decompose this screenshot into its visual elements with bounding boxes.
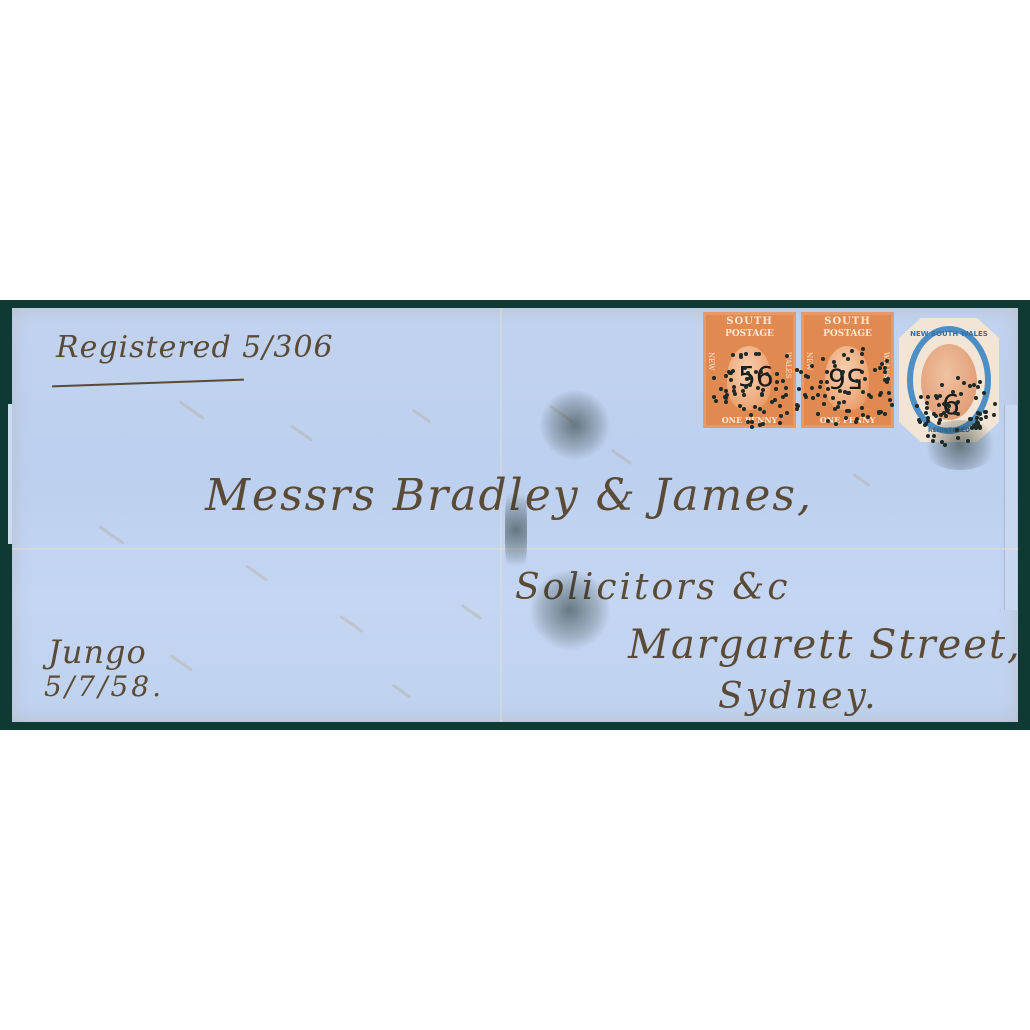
cancel-dot	[810, 386, 814, 390]
cancel-dot	[826, 419, 830, 423]
cancel-dot	[724, 400, 728, 404]
origin-note: Jungo	[48, 633, 147, 671]
postmark-smudge	[920, 420, 1000, 470]
cancel-dot	[962, 381, 966, 385]
cover-right-flap	[1004, 405, 1017, 610]
cancel-dot	[924, 411, 928, 415]
cancel-dot	[729, 378, 733, 382]
cancel-dot	[739, 353, 743, 357]
cancel-dot	[748, 383, 752, 387]
cancel-dot	[753, 405, 757, 409]
cancel-dot	[778, 404, 782, 408]
cancel-dot	[781, 379, 785, 383]
cancel-dot	[799, 370, 803, 374]
cancel-dot	[956, 412, 960, 416]
cancel-dot	[972, 383, 976, 387]
cancel-dot	[866, 415, 870, 419]
stamp-top-label: SOUTH	[801, 316, 894, 327]
cancel-dot	[816, 393, 820, 397]
cancel-dot	[978, 425, 982, 429]
cancel-dot	[822, 402, 826, 406]
cancel-dot	[750, 425, 754, 429]
cancel-dot	[731, 353, 735, 357]
cancel-dot	[938, 394, 942, 398]
cancel-dot	[926, 434, 930, 438]
cancel-dot	[946, 408, 950, 412]
cancel-dot	[742, 393, 746, 397]
cancel-dot	[781, 395, 785, 399]
cancel-dot	[855, 417, 859, 421]
cancel-dot	[785, 411, 789, 415]
cancel-dot	[725, 393, 729, 397]
cancel-dot	[970, 426, 974, 430]
cancel-dot	[760, 392, 764, 396]
cancel-dot	[861, 347, 865, 351]
cancel-dot	[926, 395, 930, 399]
cancel-dot	[942, 411, 946, 415]
cancel-dot	[775, 372, 779, 376]
cancel-dot	[804, 374, 808, 378]
cancel-dot	[984, 415, 988, 419]
cancel-dot	[826, 387, 830, 391]
cancel-dot	[823, 394, 827, 398]
cancel-dot	[846, 357, 850, 361]
cancel-dot	[785, 354, 789, 358]
address-line-3: Margarett Street,	[628, 622, 1022, 668]
postmark-smudge	[530, 570, 610, 650]
cancel-dot	[810, 364, 814, 368]
cancel-dot	[770, 400, 774, 404]
cancel-dot	[979, 417, 983, 421]
cancel-dot	[880, 362, 884, 366]
cancel-dot	[756, 386, 760, 390]
cancel-dot	[890, 403, 894, 407]
cancel-dot	[993, 402, 997, 406]
cancel-dot	[838, 389, 842, 393]
date-note: 5/7/58.	[44, 670, 164, 703]
stamp-sub-label: POSTAGE	[801, 329, 894, 339]
cancel-dot	[943, 443, 947, 447]
postmark-smudge	[505, 480, 527, 580]
cancel-dot	[818, 385, 822, 389]
cancel-dot	[797, 387, 801, 391]
cancel-dot	[915, 404, 919, 408]
cancel-dot	[940, 383, 944, 387]
cancel-dot	[762, 410, 766, 414]
stamp-side-left: NEW	[707, 352, 715, 370]
postmark-smudge	[540, 390, 610, 460]
cancel-dot	[869, 395, 873, 399]
cancel-dot	[811, 396, 815, 400]
cancel-dot	[761, 422, 765, 426]
cancel-dot	[966, 439, 970, 443]
cancel-dot	[860, 370, 864, 374]
stamp-top-label: SOUTH	[703, 316, 796, 327]
cancel-dot	[883, 412, 887, 416]
cancel-dot	[955, 428, 959, 432]
cancel-dot	[887, 391, 891, 395]
cancel-dot	[860, 352, 864, 356]
cancel-dot	[842, 400, 846, 404]
cancel-dot	[844, 416, 848, 420]
cancel-dot	[745, 377, 749, 381]
cancel-dot	[976, 385, 980, 389]
cancel-dot	[742, 407, 746, 411]
cancel-dot	[778, 421, 782, 425]
cancel-dot	[879, 391, 883, 395]
cancel-dot	[743, 366, 747, 370]
cancel-dot	[956, 400, 960, 404]
embossed-top-label: NEW SOUTH WALES	[899, 330, 999, 338]
cancel-dot	[816, 412, 820, 416]
stamp-sub-label: POSTAGE	[703, 329, 796, 339]
cancel-dot	[863, 377, 867, 381]
cancel-dot	[719, 387, 723, 391]
cancel-dot	[761, 388, 765, 392]
cancel-dot	[732, 389, 736, 393]
cancel-dot	[956, 376, 960, 380]
cancel-dot	[746, 371, 750, 375]
cancel-dot	[925, 406, 929, 410]
cancel-dot	[784, 386, 788, 390]
cancel-dot	[749, 413, 753, 417]
cancel-dot	[969, 417, 973, 421]
cancel-dot	[883, 370, 887, 374]
address-line-4: Sydney.	[718, 676, 879, 717]
cancel-dot	[861, 413, 865, 417]
cancel-dot	[833, 364, 837, 368]
registration-note: Registered 5/306	[56, 330, 334, 365]
cancel-dot	[978, 380, 982, 384]
